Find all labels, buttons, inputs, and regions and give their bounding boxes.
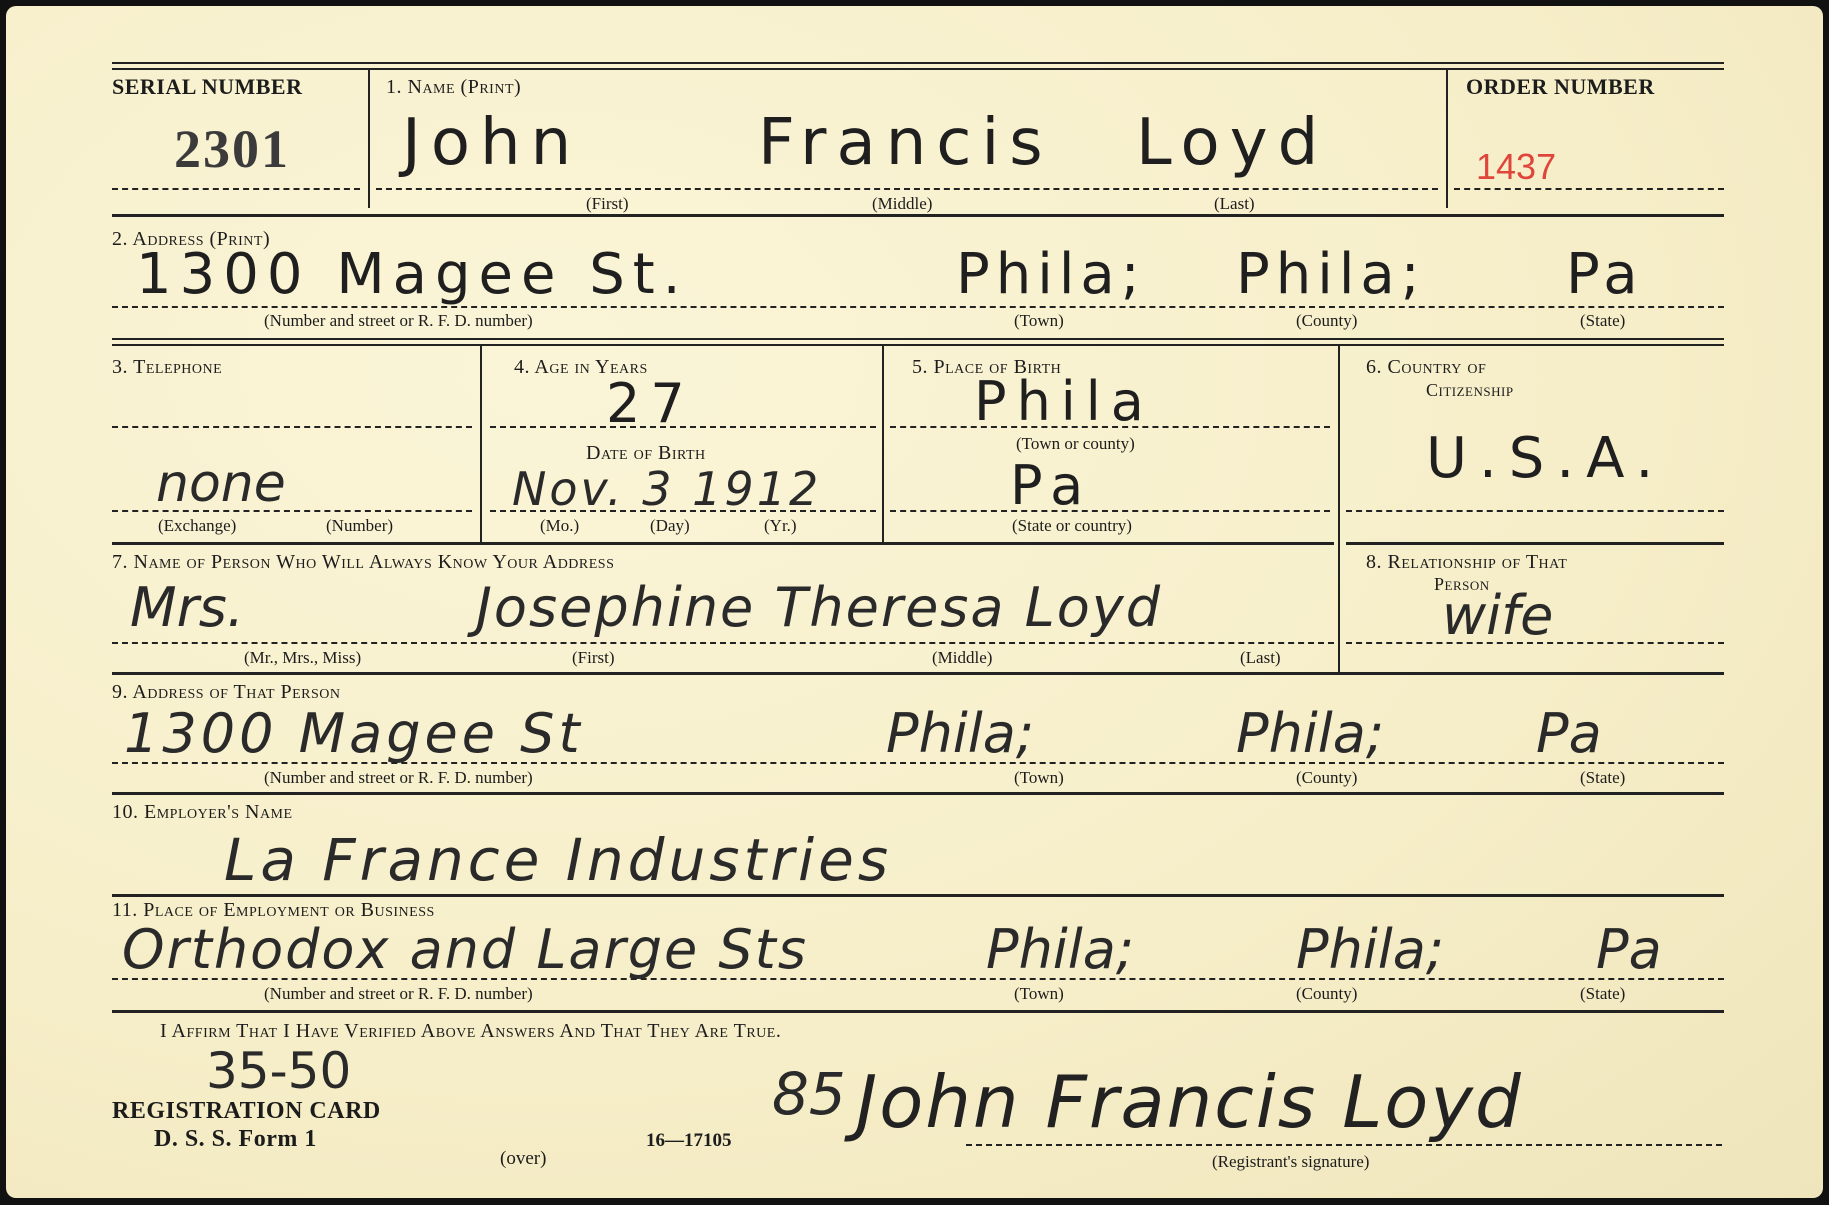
contact-address-state-value: Pa: [1536, 702, 1602, 765]
birthplace-underline-1: [890, 426, 1330, 428]
row-rule-2: [112, 344, 1724, 346]
birthplace-state-caption: (State or country): [1012, 516, 1132, 536]
row-rule: [112, 214, 1724, 217]
serial-number-label: SERIAL NUMBER: [112, 74, 302, 100]
contact-underline: [112, 642, 1334, 644]
name-middle-value: Francis: [758, 106, 1053, 180]
contact-last-caption: (Last): [1240, 648, 1281, 668]
employer-label: 10. Employer's Name: [112, 801, 293, 824]
citizenship-label-2: Citizenship: [1426, 380, 1514, 401]
employment-street-caption: (Number and street or R. F. D. number): [264, 984, 533, 1004]
row-rule: [112, 338, 1724, 340]
divider: [882, 344, 884, 542]
dob-year-caption: (Yr.): [764, 516, 797, 536]
address-county-value: Phila;: [1236, 242, 1426, 307]
employment-underline: [112, 978, 1724, 980]
employment-town-value: Phila;: [986, 918, 1134, 981]
telephone-underline-2: [112, 510, 472, 512]
print-code: 16—17105: [646, 1130, 732, 1152]
contact-address-state-caption: (State): [1580, 768, 1625, 788]
contact-name-label: 7. Name of Person Who Will Always Know Y…: [112, 551, 614, 574]
address-state-caption: (State): [1580, 311, 1625, 331]
citizenship-underline: [1346, 510, 1724, 512]
name-last-value: Loyd: [1136, 106, 1328, 180]
dob-underline: [490, 510, 876, 512]
telephone-number-caption: (Number): [326, 516, 393, 536]
serial-number-value: 2301: [174, 118, 290, 180]
row-rule: [112, 542, 1334, 545]
contact-address-town-value: Phila;: [886, 702, 1034, 765]
serial-underline: [112, 188, 360, 190]
over-note: (over): [500, 1148, 546, 1170]
registrant-signature: John Francis Loyd: [856, 1060, 1523, 1144]
employment-town-caption: (Town): [1014, 984, 1064, 1004]
relationship-value: wife: [1442, 584, 1553, 647]
contact-address-street-value: 1300 Magee St: [124, 702, 584, 765]
order-number-label: ORDER NUMBER: [1466, 74, 1655, 100]
employment-county-value: Phila;: [1296, 918, 1444, 981]
signature-underline: [966, 1144, 1722, 1146]
registration-card-title: REGISTRATION CARD: [112, 1098, 381, 1125]
birthplace-town-value: Phila: [974, 370, 1154, 433]
name-first-caption: (First): [586, 194, 629, 214]
address-town-value: Phila;: [956, 242, 1146, 307]
dob-month-caption: (Mo.): [540, 516, 579, 536]
name-underline: [376, 188, 1438, 190]
row-rule: [112, 894, 1724, 897]
age-underline: [490, 426, 876, 428]
row-rule: [1346, 542, 1724, 545]
name-label: 1. Name (Print): [386, 76, 521, 99]
address-underline: [112, 306, 1724, 308]
name-first-value: John: [402, 106, 581, 180]
citizenship-label-1: 6. Country of: [1366, 356, 1486, 379]
top-rule-2: [112, 68, 1724, 70]
form-id: D. S. S. Form 1: [154, 1126, 317, 1153]
employment-state-caption: (State): [1580, 984, 1625, 1004]
contact-middle-caption: (Middle): [932, 648, 992, 668]
contact-address-street-caption: (Number and street or R. F. D. number): [264, 768, 533, 788]
relationship-label-1: 8. Relationship of That: [1366, 551, 1567, 574]
signature-prefix: 85: [772, 1060, 846, 1128]
row-rule: [112, 672, 1724, 675]
address-county-caption: (County): [1296, 311, 1357, 331]
top-rule: [112, 62, 1724, 64]
contact-name-value: Josephine Theresa Loyd: [476, 576, 1162, 639]
telephone-exchange-caption: (Exchange): [158, 516, 236, 536]
row-rule: [112, 1010, 1724, 1013]
contact-title-value: Mrs.: [130, 576, 244, 639]
name-middle-caption: (Middle): [872, 194, 932, 214]
contact-address-label: 9. Address of That Person: [112, 681, 341, 704]
employment-state-value: Pa: [1596, 918, 1662, 981]
order-number-value: 1437: [1476, 146, 1556, 188]
birthplace-underline-2: [890, 510, 1330, 512]
contact-address-county-caption: (County): [1296, 768, 1357, 788]
registration-card: SERIAL NUMBER 2301 1. Name (Print) John …: [6, 6, 1823, 1198]
birthplace-town-caption: (Town or county): [1016, 434, 1135, 454]
contact-address-underline: [112, 762, 1724, 764]
address-state-value: Pa: [1566, 242, 1644, 307]
contact-title-caption: (Mr., Mrs., Miss): [244, 648, 361, 668]
divider: [1338, 542, 1340, 672]
date-of-birth-value: Nov. 3 1912: [512, 462, 821, 516]
affirmation-text: I Affirm That I Have Verified Above Answ…: [160, 1020, 781, 1043]
employer-value: La France Industries: [224, 826, 892, 894]
address-street-caption: (Number and street or R. F. D. number): [264, 311, 533, 331]
citizenship-value: U.S.A.: [1426, 426, 1665, 491]
divider: [1338, 344, 1340, 542]
note-number: 35-50: [206, 1042, 351, 1100]
birthplace-state-value: Pa: [1010, 454, 1093, 517]
divider: [480, 344, 482, 542]
order-underline: [1454, 188, 1724, 190]
relationship-underline: [1346, 642, 1724, 644]
contact-address-county-value: Phila;: [1236, 702, 1384, 765]
divider: [1446, 68, 1448, 208]
address-town-caption: (Town): [1014, 311, 1064, 331]
contact-address-town-caption: (Town): [1014, 768, 1064, 788]
signature-caption: (Registrant's signature): [1212, 1152, 1369, 1172]
telephone-value: none: [156, 454, 286, 514]
dob-day-caption: (Day): [650, 516, 690, 536]
address-street-value: 1300 Magee St.: [136, 242, 689, 307]
telephone-label: 3. Telephone: [112, 356, 222, 379]
name-last-caption: (Last): [1214, 194, 1255, 214]
telephone-underline-1: [112, 426, 472, 428]
employment-street-value: Orthodox and Large Sts: [122, 918, 808, 981]
employment-county-caption: (County): [1296, 984, 1357, 1004]
divider: [368, 68, 370, 208]
row-rule: [112, 792, 1724, 795]
contact-first-caption: (First): [572, 648, 615, 668]
